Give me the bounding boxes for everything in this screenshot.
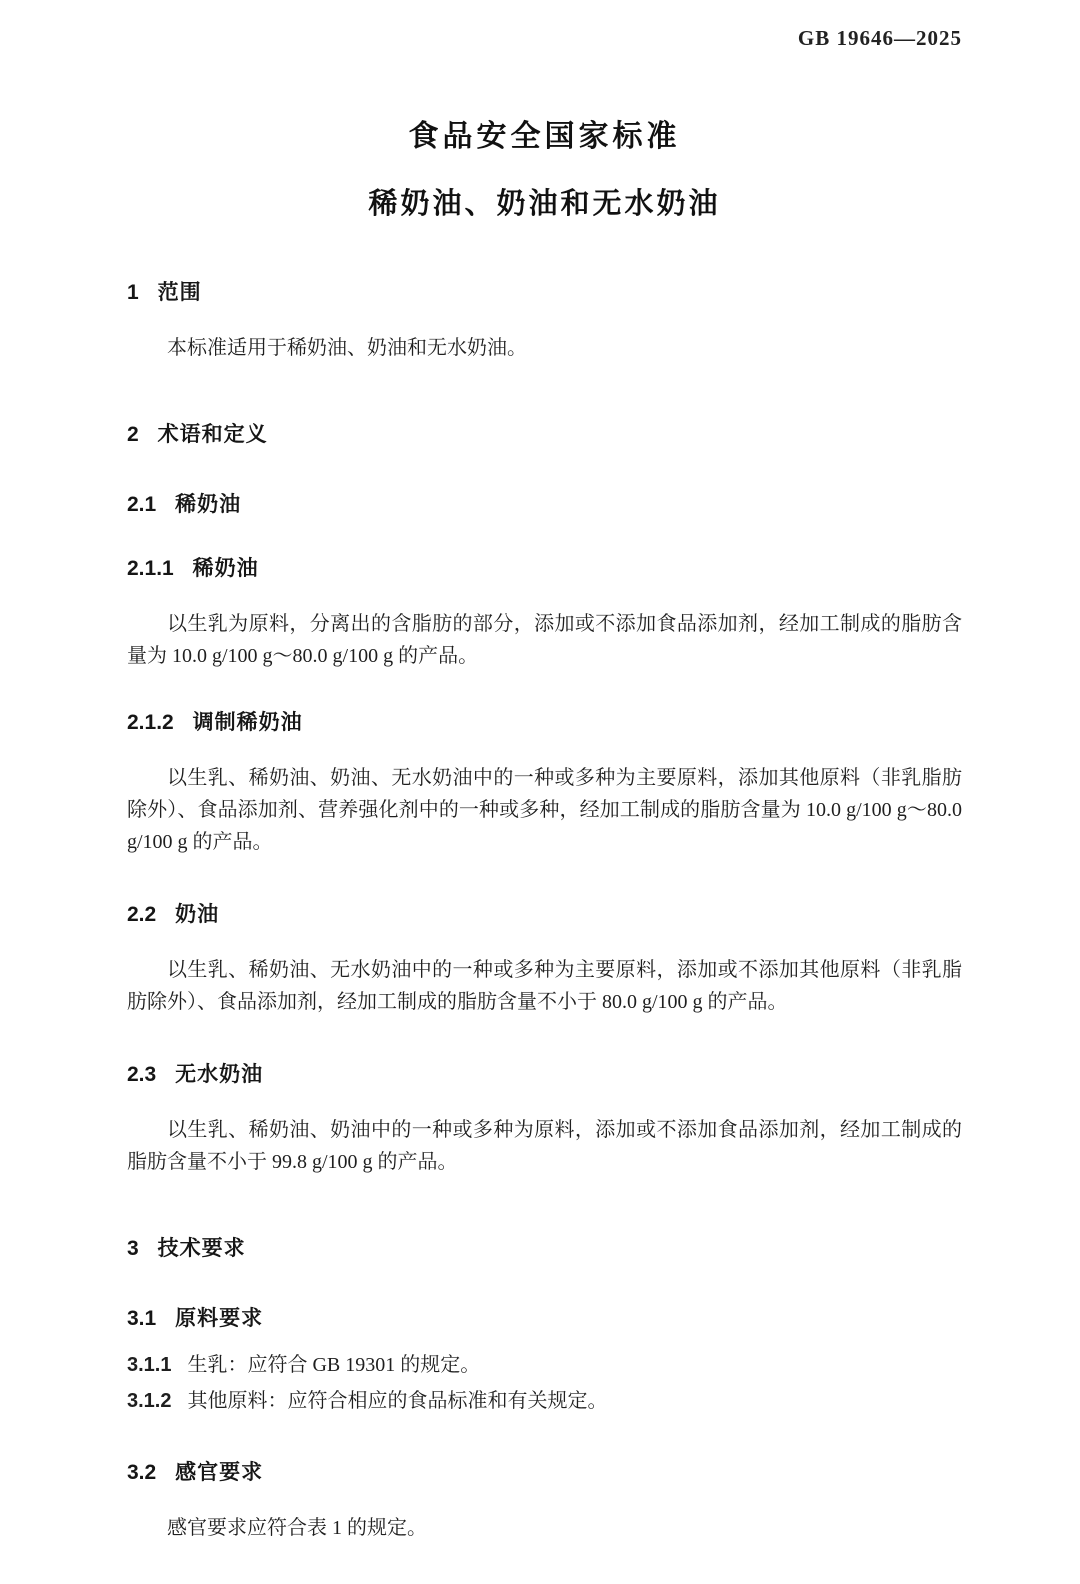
paragraph-definition-cream: 以生乳为原料，分离出的含脂肪的部分，添加或不添加食品添加剂，经加工制成的脂肪含量… bbox=[127, 608, 962, 672]
section-number: 2 bbox=[127, 423, 139, 447]
paragraph-definition-butter: 以生乳、稀奶油、无水奶油中的一种或多种为主要原料，添加或不添加其他原料（非乳脂肪… bbox=[127, 954, 962, 1018]
section-number: 3.2 bbox=[127, 1461, 156, 1485]
section-number: 2.3 bbox=[127, 1063, 156, 1087]
section-number: 2.1.1 bbox=[127, 557, 174, 581]
section-number: 3.1 bbox=[127, 1307, 156, 1331]
section-title: 原料要求 bbox=[175, 1307, 263, 1330]
section-heading-2-1-2: 2.1.2调制稀奶油 bbox=[127, 706, 962, 736]
section-heading-3-2: 3.2感官要求 bbox=[127, 1456, 962, 1486]
section-heading-2: 2术语和定义 bbox=[127, 418, 962, 448]
paragraph-definition-blended-cream: 以生乳、稀奶油、奶油、无水奶油中的一种或多种为主要原料，添加其他原料（非乳脂肪除… bbox=[127, 762, 962, 858]
paragraph-scope: 本标准适用于稀奶油、奶油和无水奶油。 bbox=[127, 332, 962, 364]
document-title-line2: 稀奶油、奶油和无水奶油 bbox=[127, 181, 962, 222]
section-title: 无水奶油 bbox=[175, 1063, 263, 1086]
clause-text: 其他原料：应符合相应的食品标准和有关规定。 bbox=[187, 1390, 607, 1412]
clause-3-1-1: 3.1.1生乳：应符合 GB 19301 的规定。 bbox=[127, 1350, 962, 1380]
document-page: GB 19646—2025 食品安全国家标准 稀奶油、奶油和无水奶油 1范围 本… bbox=[0, 0, 1080, 1584]
section-number: 2.1 bbox=[127, 493, 156, 517]
clause-list: 3.1.1生乳：应符合 GB 19301 的规定。 3.1.2其他原料：应符合相… bbox=[127, 1350, 962, 1416]
section-title: 感官要求 bbox=[175, 1461, 263, 1484]
section-title: 奶油 bbox=[175, 903, 219, 926]
paragraph-sensory-requirement: 感官要求应符合表 1 的规定。 bbox=[127, 1512, 962, 1544]
clause-number: 3.1.1 bbox=[127, 1350, 171, 1380]
section-heading-2-2: 2.2奶油 bbox=[127, 898, 962, 928]
clause-3-1-2: 3.1.2其他原料：应符合相应的食品标准和有关规定。 bbox=[127, 1386, 962, 1416]
section-number: 1 bbox=[127, 281, 139, 305]
section-number: 2.2 bbox=[127, 903, 156, 927]
paragraph-definition-anhydrous-milkfat: 以生乳、稀奶油、奶油中的一种或多种为原料，添加或不添加食品添加剂，经加工制成的脂… bbox=[127, 1114, 962, 1178]
section-title: 调制稀奶油 bbox=[193, 711, 303, 734]
section-title: 技术要求 bbox=[158, 1237, 246, 1260]
section-heading-2-1-1: 2.1.1稀奶油 bbox=[127, 552, 962, 582]
section-title: 范围 bbox=[158, 281, 202, 304]
section-title: 稀奶油 bbox=[175, 493, 241, 516]
section-heading-3-1: 3.1原料要求 bbox=[127, 1302, 962, 1332]
document-title-line1: 食品安全国家标准 bbox=[127, 111, 962, 155]
standard-number: GB 19646—2025 bbox=[127, 26, 962, 51]
section-heading-2-3: 2.3无水奶油 bbox=[127, 1058, 962, 1088]
section-title: 术语和定义 bbox=[158, 423, 268, 446]
section-number: 3 bbox=[127, 1237, 139, 1261]
section-number: 2.1.2 bbox=[127, 711, 174, 735]
section-heading-2-1: 2.1稀奶油 bbox=[127, 488, 962, 518]
section-title: 稀奶油 bbox=[193, 557, 259, 580]
section-heading-1: 1范围 bbox=[127, 276, 962, 306]
section-heading-3: 3技术要求 bbox=[127, 1232, 962, 1262]
clause-number: 3.1.2 bbox=[127, 1386, 171, 1416]
clause-text: 生乳：应符合 GB 19301 的规定。 bbox=[187, 1354, 480, 1376]
